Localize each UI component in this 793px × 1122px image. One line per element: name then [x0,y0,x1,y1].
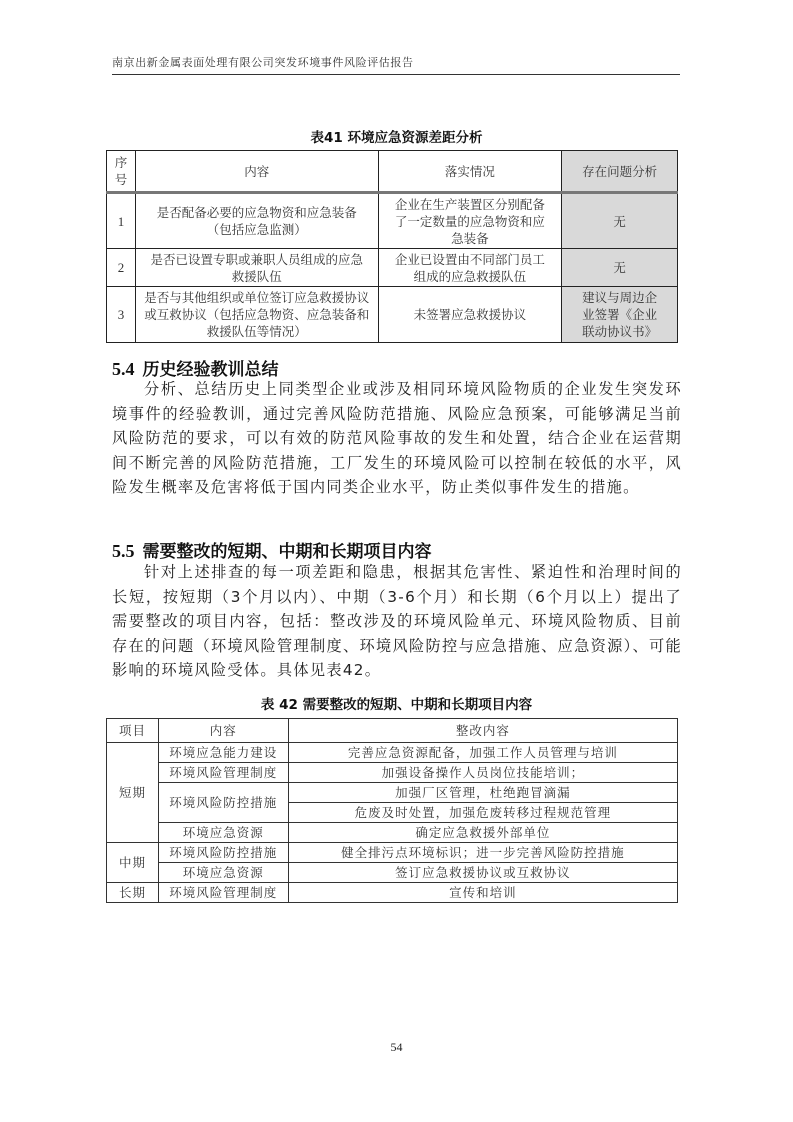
row-status: 企业已设置由不同部门员工组成的应急救援队伍 [378,249,562,287]
term-short: 短期 [107,743,159,843]
row-action: 确定应急救援外部单位 [288,823,677,843]
table-row: 环境风险防控措施 加强厂区管理，杜绝跑冒滴漏 [107,783,678,803]
row-status: 未签署应急救援协议 [378,287,562,343]
term-medium: 中期 [107,843,159,883]
row-content: 环境应急资源 [158,823,288,843]
row-content: 环境风险防控措施 [158,843,288,863]
row-content: 环境应急资源 [158,863,288,883]
row-action: 危废及时处置，加强危废转移过程规范管理 [288,803,677,823]
section-number: 5.4 [112,359,135,379]
table-row: 2 是否已设置专职或兼职人员组成的应急救援队伍 企业已设置由不同部门员工组成的应… [107,249,678,287]
table42-col-term: 项目 [107,719,159,743]
table42-col-content: 内容 [158,719,288,743]
table41-col-status: 落实情况 [378,151,562,193]
table41-col-content: 内容 [135,151,378,193]
row-action: 加强厂区管理，杜绝跑冒滴漏 [288,783,677,803]
table-row: 1 是否配备必要的应急物资和应急装备（包括应急监测） 企业在生产装置区分别配备了… [107,193,678,249]
table-row: 短期 环境应急能力建设 完善应急资源配备，加强工作人员管理与培训 [107,743,678,763]
table-row: 3 是否与其他组织或单位签订应急救援协议或互救协议（包括应急物资、应急装备和救援… [107,287,678,343]
row-content: 环境风险管理制度 [158,763,288,783]
row-issue: 无 [562,249,678,287]
row-no: 2 [107,249,136,287]
section-5-5-paragraph: 针对上述排查的每一项差距和隐患，根据其危害性、紧迫性和治理时间的长短，按短期（3… [112,560,682,683]
row-content: 是否与其他组织或单位签订应急救援协议或互救协议（包括应急物资、应急装备和救援队伍… [135,287,378,343]
row-content: 是否配备必要的应急物资和应急装备（包括应急监测） [135,193,378,249]
section-number: 5.5 [112,541,135,561]
page-number: 54 [0,1040,793,1055]
row-issue: 建议与周边企业签署《企业联动协议书》 [562,287,678,343]
table41-header-row: 序号 内容 落实情况 存在问题分析 [107,151,678,193]
row-action: 健全排污点环境标识；进一步完善风险防控措施 [288,843,677,863]
table-row: 环境应急资源 签订应急救援协议或互救协议 [107,863,678,883]
row-no: 1 [107,193,136,249]
table42-header-row: 项目 内容 整改内容 [107,719,678,743]
row-content: 是否已设置专职或兼职人员组成的应急救援队伍 [135,249,378,287]
row-content: 环境风险管理制度 [158,883,288,903]
row-action: 签订应急救援协议或互救协议 [288,863,677,883]
running-header: 南京出新金属表面处理有限公司突发环境事件风险评估报告 [112,54,680,75]
row-no: 3 [107,287,136,343]
row-content: 环境风险防控措施 [158,783,288,823]
section-5-4-paragraph: 分析、总结历史上同类型企业或涉及相同环境风险物质的企业发生突发环境事件的经验教训… [112,377,682,500]
row-action: 加强设备操作人员岗位技能培训； [288,763,677,783]
table41-resource-gap: 序号 内容 落实情况 存在问题分析 1 是否配备必要的应急物资和应急装备（包括应… [106,150,678,343]
row-action: 宣传和培训 [288,883,677,903]
table-row: 环境应急资源 确定应急救援外部单位 [107,823,678,843]
section-title: 需要整改的短期、中期和长期项目内容 [143,542,432,562]
table42-rectification-items: 项目 内容 整改内容 短期 环境应急能力建设 完善应急资源配备，加强工作人员管理… [106,718,678,903]
row-status: 企业在生产装置区分别配备了一定数量的应急物资和应急装备 [378,193,562,249]
table42-caption: 表 42 需要整改的短期、中期和长期项目内容 [0,693,793,713]
row-issue: 无 [562,193,678,249]
table42-col-actions: 整改内容 [288,719,677,743]
table41-col-no: 序号 [107,151,136,193]
table-row: 中期 环境风险防控措施 健全排污点环境标识；进一步完善风险防控措施 [107,843,678,863]
row-action: 完善应急资源配备，加强工作人员管理与培训 [288,743,677,763]
table-row: 长期 环境风险管理制度 宣传和培训 [107,883,678,903]
term-long: 长期 [107,883,159,903]
table41-col-issue: 存在问题分析 [562,151,678,193]
section-5-5-heading: 5.5需要整改的短期、中期和长期项目内容 [112,537,432,562]
table41-caption: 表41 环境应急资源差距分析 [0,126,793,146]
row-content: 环境应急能力建设 [158,743,288,763]
table-row: 环境风险管理制度 加强设备操作人员岗位技能培训； [107,763,678,783]
